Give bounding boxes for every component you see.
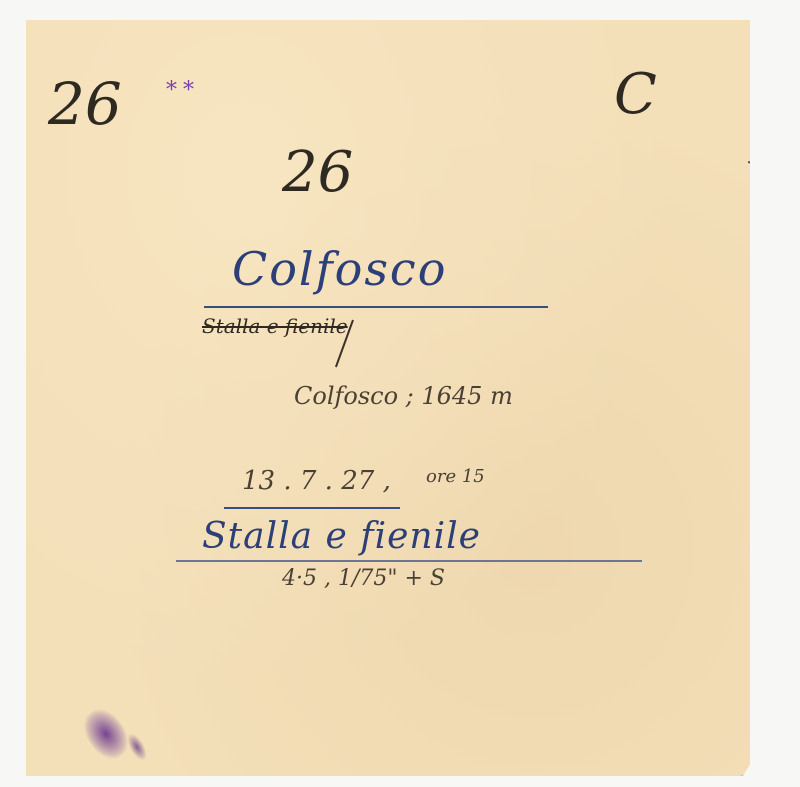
location-altitude: Colfosco ; 1645 m	[294, 382, 513, 410]
place-title: Colfosco	[232, 242, 447, 296]
violet-ink-stain	[76, 702, 135, 765]
star-marks: **	[166, 78, 200, 103]
date: 13 . 7 . 27 ,	[242, 466, 391, 496]
title-underline	[204, 306, 548, 308]
card-number-topleft: 26	[48, 70, 122, 138]
category-letter: C	[614, 62, 657, 127]
struck-out-text: Stalla e fienile	[202, 314, 348, 338]
card-number-center: 26	[282, 140, 353, 205]
description: Stalla e fienile	[202, 516, 481, 557]
description-underline	[176, 560, 642, 562]
measurements: 4·5 , 1/75" + S	[282, 566, 445, 591]
ink-speck	[748, 161, 756, 165]
date-underline	[224, 507, 400, 509]
worn-corner	[740, 768, 762, 779]
index-card: 26 ** C 26 Colfosco Stalla e fienile Col…	[26, 20, 750, 776]
time: ore 15	[426, 466, 485, 487]
